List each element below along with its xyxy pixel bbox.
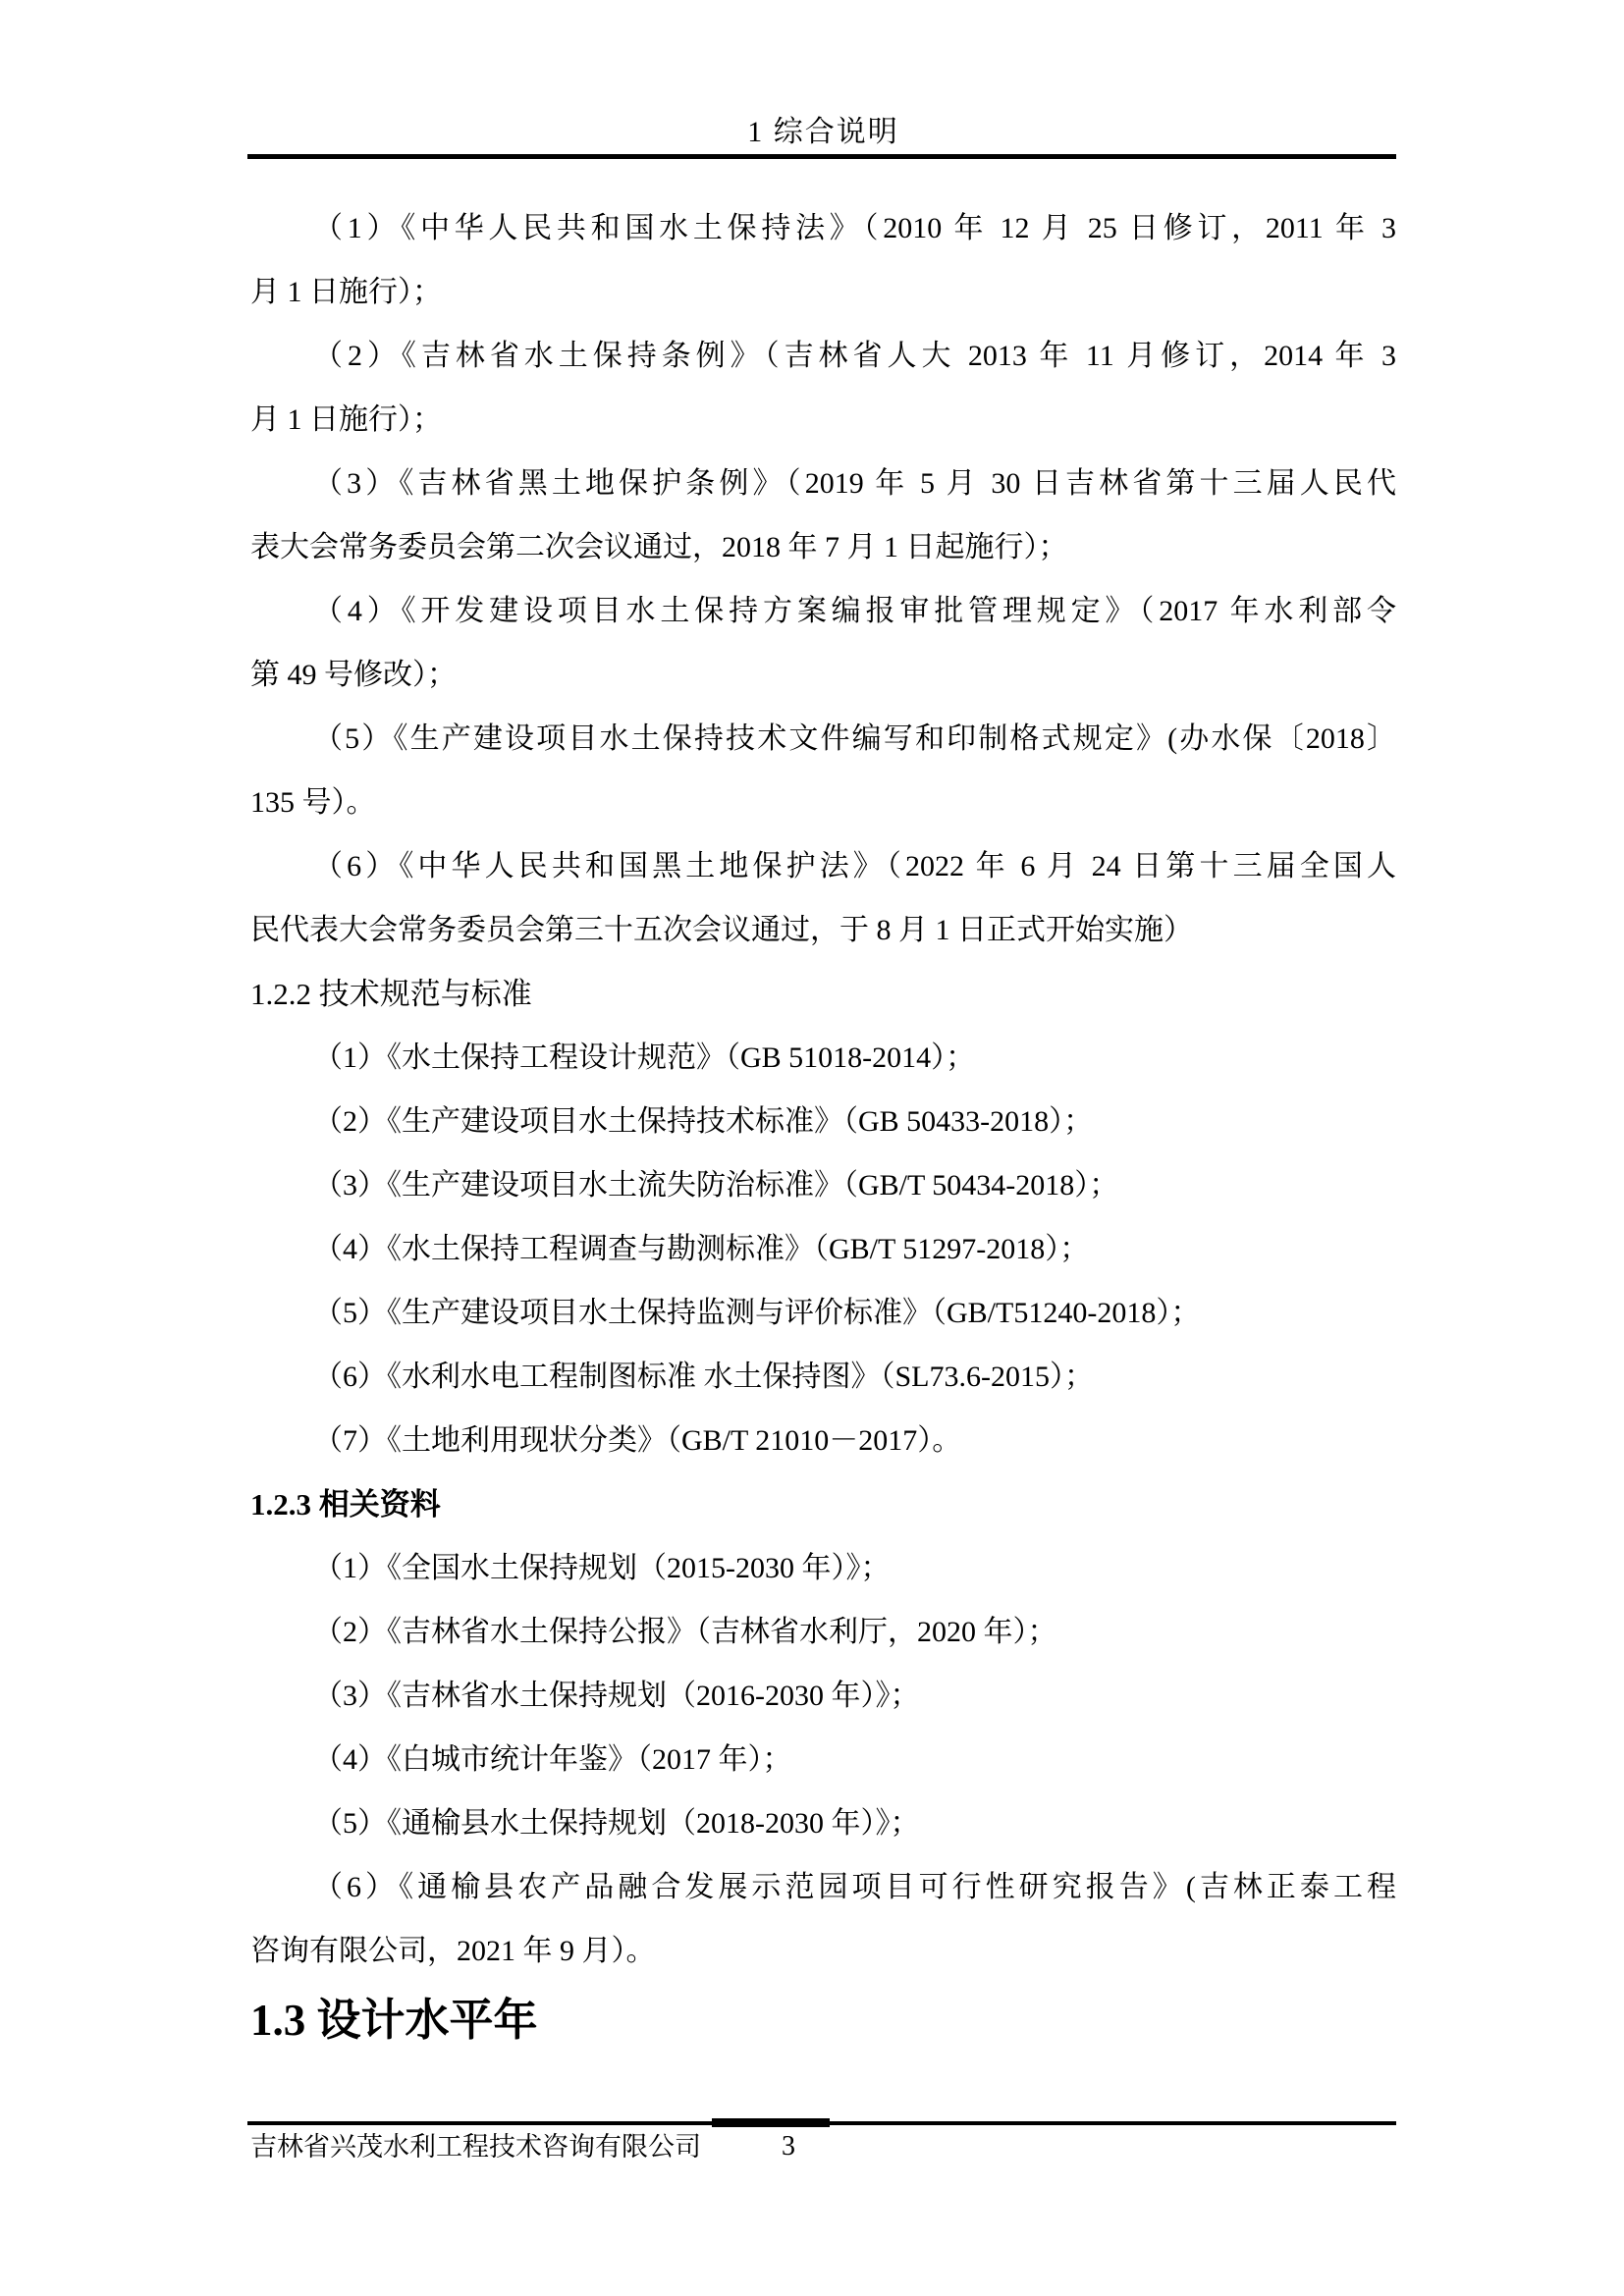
section-heading: 1.3 设计水平年 — [250, 1983, 1396, 2057]
text-line: 月 1 日施行）； — [250, 388, 1396, 452]
document-page: 1 综合说明 （1）《中华人民共和国水土保持法》（2010 年 12 月 25 … — [0, 0, 1624, 2296]
text-line: （1）《水土保持工程设计规范》（GB 51018-2014）； — [250, 1026, 1396, 1090]
text-line: 月 1 日施行）； — [250, 260, 1396, 324]
text-line: （1）《全国水土保持规划（2015-2030 年）》； — [250, 1536, 1396, 1600]
footer-page-number: 3 — [720, 2126, 857, 2167]
text-line: （6）《中华人民共和国黑土地保护法》（2022 年 6 月 24 日第十三届全国… — [250, 834, 1396, 898]
text-line: （5）《生产建设项目水土保持技术文件编写和印制格式规定》(办水保〔2018〕 — [250, 707, 1396, 771]
text-line: （3）《生产建设项目水土流失防治标准》（GB/T 50434-2018）； — [250, 1153, 1396, 1217]
section-heading: 1.2.3 相关资料 — [250, 1472, 1396, 1536]
text-line: （4）《白城市统计年鉴》（2017 年）； — [250, 1728, 1396, 1791]
document-body: （1）《中华人民共和国水土保持法》（2010 年 12 月 25 日修订，201… — [250, 196, 1396, 2057]
text-line: （6）《通榆县农产品融合发展示范园项目可行性研究报告》(吉林正泰工程 — [250, 1855, 1396, 1919]
text-line: 咨询有限公司，2021 年 9 月）。 — [250, 1919, 1396, 1983]
text-line: （2）《吉林省水土保持条例》（吉林省人大 2013 年 11 月修订，2014 … — [250, 324, 1396, 388]
text-line: 表大会常务委员会第二次会议通过，2018 年 7 月 1 日起施行）； — [250, 515, 1396, 579]
text-line: （5）《生产建设项目水土保持监测与评价标准》（GB/T51240-2018）； — [250, 1281, 1396, 1345]
header-rule — [247, 154, 1396, 159]
text-line: （1）《中华人民共和国水土保持法》（2010 年 12 月 25 日修订，201… — [250, 196, 1396, 260]
text-line: （2）《吉林省水土保持公报》（吉林省水利厅，2020 年）； — [250, 1600, 1396, 1664]
text-line: 民代表大会常务委员会第三十五次会议通过，于 8 月 1 日正式开始实施） — [250, 898, 1396, 962]
text-line: 135 号）。 — [250, 771, 1396, 834]
text-line: （3）《吉林省黑土地保护条例》（2019 年 5 月 30 日吉林省第十三届人民… — [250, 452, 1396, 515]
text-line: （6）《水利水电工程制图标准 水土保持图》（SL73.6-2015）； — [250, 1345, 1396, 1409]
text-line: （7）《土地利用现状分类》（GB/T 21010－2017）。 — [250, 1409, 1396, 1472]
running-head-title: 1 综合说明 — [250, 103, 1396, 162]
text-line: （2）《生产建设项目水土保持技术标准》（GB 50433-2018）； — [250, 1090, 1396, 1153]
text-line: 第 49 号修改）； — [250, 643, 1396, 707]
footer-company-name: 吉林省兴茂水利工程技术咨询有限公司 — [250, 2126, 701, 2167]
text-line: （4）《开发建设项目水土保持方案编报审批管理规定》（2017 年水利部令 — [250, 579, 1396, 643]
text-line: （5）《通榆县水土保持规划（2018-2030 年）》； — [250, 1791, 1396, 1855]
section-heading: 1.2.2 技术规范与标准 — [250, 962, 1396, 1026]
text-line: （4）《水土保持工程调查与勘测标准》（GB/T 51297-2018）； — [250, 1217, 1396, 1281]
text-line: （3）《吉林省水土保持规划（2016-2030 年）》； — [250, 1664, 1396, 1728]
